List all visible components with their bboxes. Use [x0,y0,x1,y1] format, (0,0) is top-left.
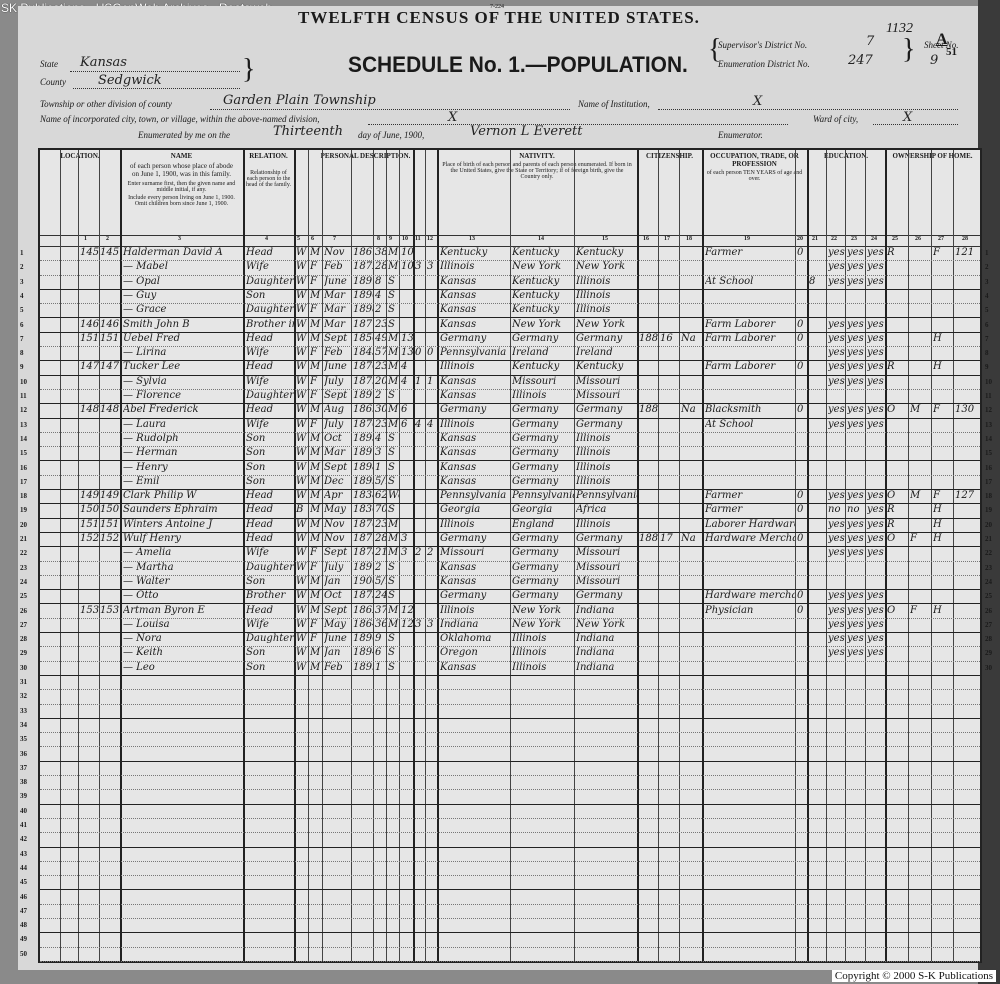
cell-sched: 121 [955,246,979,260]
cell-birth: Kansas [440,318,510,332]
row-number: 35 [20,735,27,743]
cell-fh [933,461,953,475]
column-number: 13 [469,236,475,242]
cell-own: O [887,489,908,503]
cell-nat: Na [681,332,702,346]
cell-month: Apr [324,489,351,503]
cell-race: W [296,275,308,289]
cell-imm [639,360,658,374]
cell-dwell [80,446,99,460]
cell-sched [955,275,979,289]
table-row [40,832,980,847]
cell-rel: Wife [246,546,294,560]
cell-ym [401,561,413,575]
cell-sex: M [310,604,322,618]
cell-dwell [80,375,99,389]
institution-line [658,109,958,110]
cell-dwell: 146 [80,318,99,332]
cell-cl: 1 [427,375,437,389]
column-number: 8 [377,236,380,242]
cell-birth: Missouri [440,546,510,560]
cell-mne [797,260,807,274]
cell-occ: Farmer [705,489,795,503]
row-number-right: 13 [985,421,992,429]
cell-dwell: 149 [80,489,99,503]
row-number: 29 [20,649,27,657]
cell-sex: F [310,260,322,274]
cell-sch [809,489,826,503]
cell-race: W [296,546,308,560]
cell-name: — Lirina [123,346,243,360]
cell-dwell: 151 [80,518,99,532]
cell-own [887,632,908,646]
cell-imm [639,475,658,489]
cell-write [847,661,865,675]
cell-yrs [660,446,679,460]
cell-fm [910,589,931,603]
cell-imm [639,289,658,303]
cell-mother: Illinois [576,275,637,289]
cell-mne [797,661,807,675]
cell-father: Germany [512,332,574,346]
cell-eng: yes [867,489,885,503]
cell-imm [639,618,658,632]
cell-write [847,561,865,575]
cell-eng [867,561,885,575]
cell-fam [100,275,120,289]
cell-mar: M [388,546,399,560]
cell-birth: Oklahoma [440,632,510,646]
cell-rel: Head [246,518,294,532]
cell-name: — Sylvia [123,375,243,389]
cell-mne [797,475,807,489]
cell-read: yes [828,360,845,374]
cell-fam: 149 [100,489,120,503]
table-row: — LouisaWifeWFMay186436M1233IndianaNew Y… [40,618,980,633]
cell-year: 1897 [353,389,373,403]
cell-mne: 0 [797,589,807,603]
cell-sched [955,561,979,575]
row-number: 49 [20,935,27,943]
cell-own [887,561,908,575]
cell-occ: Farm Laborer [705,332,795,346]
cell-mc [415,575,425,589]
cell-mar: M [388,375,399,389]
cell-mar: S [388,589,399,603]
cell-write: yes [847,275,865,289]
ed-value: 247 [848,53,873,68]
cell-year: 1871 [353,532,373,546]
row-number-right: 21 [985,535,992,543]
cell-sch: 8 [809,275,826,289]
cell-write: yes [847,489,865,503]
row-number: 36 [20,750,27,758]
cell-read: yes [828,403,845,417]
cell-name: — Emil [123,475,243,489]
cell-mne: 0 [797,604,807,618]
enumerator-value: Vernon L Everett [470,124,582,139]
cell-ym [401,303,413,317]
cell-mc [415,503,425,517]
cell-mar: S [388,289,399,303]
cell-own [887,275,908,289]
cell-ym [401,389,413,403]
cell-sch [809,518,826,532]
cell-eng: yes [867,618,885,632]
cell-fam [100,446,120,460]
cell-month: Sept [324,546,351,560]
table-row: — KeithSonWMJan18946SOregonIllinoisIndia… [40,646,980,661]
cell-sched [955,532,979,546]
cell-sex: M [310,646,322,660]
cell-nat [681,489,702,503]
cell-age: 23 [375,418,386,432]
cell-dwell [80,589,99,603]
row-number-right: 8 [985,349,989,357]
cell-mc [415,632,425,646]
cell-mc [415,289,425,303]
cell-yrs [660,432,679,446]
cell-imm [639,418,658,432]
cell-fm [910,618,931,632]
cell-nat [681,346,702,360]
cell-month: Nov [324,246,351,260]
cell-write [847,389,865,403]
row-number-right: 3 [985,278,989,286]
cell-cl [427,589,437,603]
cell-mar: M [388,418,399,432]
cell-cl: 2 [427,546,437,560]
cell-dwell [80,546,99,560]
cell-yrs [660,403,679,417]
cell-mc [415,303,425,317]
table-row [40,861,980,876]
cell-fh [933,303,953,317]
cell-mar: Wd [388,489,399,503]
brace-right-close: } [902,36,915,64]
institution-label: Name of Institution, [578,99,650,109]
row-number: 3 [20,278,24,286]
cell-write: yes [847,632,865,646]
cell-sched: 127 [955,489,979,503]
cell-write: yes [847,403,865,417]
cell-imm: 1882 [639,403,658,417]
cell-fm [910,303,931,317]
cell-write: yes [847,260,865,274]
cell-cl [427,632,437,646]
cell-sch [809,346,826,360]
cell-read [828,661,845,675]
cell-age: 2 [375,389,386,403]
cell-month: Mar [324,318,351,332]
cell-sched [955,503,979,517]
cell-cl: 0 [427,346,437,360]
table-row: 148148Abel FrederickHeadWMAug186930M6Ger… [40,403,980,418]
row-number: 17 [20,478,27,486]
cell-fm [910,246,931,260]
cell-month: Mar [324,289,351,303]
row-number: 9 [20,363,24,371]
cell-dwell [80,461,99,475]
cell-mar: S [388,303,399,317]
cell-cl [427,246,437,260]
cell-yrs [660,618,679,632]
cell-dwell: 152 [80,532,99,546]
row-number: 33 [20,707,27,715]
cell-race: W [296,360,308,374]
cell-mc [415,489,425,503]
cell-read: yes [828,489,845,503]
row-number-right: 6 [985,321,989,329]
cell-name: — Opal [123,275,243,289]
cell-rel: Head [246,503,294,517]
cell-fm [910,275,931,289]
cell-dwell [80,432,99,446]
cell-mne: 0 [797,532,807,546]
table-row: — LauraWifeWFJuly187623M644IllinoisGerma… [40,418,980,433]
row-number: 21 [20,535,27,543]
cell-sex: F [310,375,322,389]
cell-ym [401,475,413,489]
table-row: — LirinaWifeWFFeb184357M1300Pennsylvania… [40,346,980,361]
cell-yrs [660,360,679,374]
cell-eng: yes [867,589,885,603]
row-number: 23 [20,564,27,572]
cell-fm [910,632,931,646]
cell-imm [639,318,658,332]
cell-write: no [847,503,865,517]
cell-fam: 150 [100,503,120,517]
cell-nat [681,589,702,603]
cell-own: R [887,518,908,532]
cell-own [887,446,908,460]
cell-read [828,575,845,589]
cell-rel: Wife [246,260,294,274]
township-line [210,109,570,110]
cell-sch [809,475,826,489]
table-row [40,904,980,919]
cell-sched [955,375,979,389]
cell-dwell [80,346,99,360]
cell-cl [427,275,437,289]
cell-fam: 151 [100,518,120,532]
cell-mother: Germany [576,532,637,546]
cell-yrs [660,418,679,432]
cell-mother: Ireland [576,346,637,360]
cell-fh [933,389,953,403]
cell-read: no [828,503,845,517]
cell-read [828,561,845,575]
cell-mne: 0 [797,489,807,503]
cell-race: W [296,318,308,332]
table-row [40,689,980,704]
cell-sch [809,575,826,589]
cell-fh [933,632,953,646]
cell-name: — Laura [123,418,243,432]
cell-sch [809,360,826,374]
cell-age: 21 [375,546,386,560]
cell-mne [797,446,807,460]
cell-age: 5/12 [375,475,386,489]
cell-fam [100,346,120,360]
cell-sched [955,260,979,274]
cell-father: Missouri [512,375,574,389]
cell-mother: Germany [576,418,637,432]
cell-race: W [296,346,308,360]
cell-own: R [887,360,908,374]
cell-eng: yes [867,646,885,660]
cell-father: Illinois [512,646,574,660]
cell-mc: 1 [415,375,425,389]
row-number-right: 26 [985,607,992,615]
table-row: — AmeliaWifeWFSept187821M322MissouriGerm… [40,546,980,561]
table-row: 146146Smith John BBrother in LawWMMar187… [40,318,980,333]
enumerated-label: Enumerated by me on the [138,130,230,140]
cell-own: O [887,403,908,417]
cell-sched [955,360,979,374]
cell-nat [681,503,702,517]
cell-cl [427,360,437,374]
cell-father: Germany [512,475,574,489]
county-line [73,88,240,89]
cell-mar: S [388,646,399,660]
cell-sched [955,461,979,475]
row-number: 34 [20,721,27,729]
cell-year: 1878 [353,546,373,560]
cell-birth: Germany [440,403,510,417]
cell-ym: 12 [401,604,413,618]
cell-cl [427,503,437,517]
cell-race: W [296,246,308,260]
column-number: 9 [389,236,392,242]
table-row: 151151Uebel FredHeadWMSept185049M13Germa… [40,332,980,347]
cell-write: yes [847,418,865,432]
cell-sch [809,589,826,603]
cell-cl: 3 [427,618,437,632]
cell-race: W [296,375,308,389]
cell-name: — Otto [123,589,243,603]
cell-read: yes [828,532,845,546]
cell-cl [427,489,437,503]
cell-sex: M [310,289,322,303]
cell-sch [809,432,826,446]
cell-race: W [296,575,308,589]
cell-mne: 0 [797,403,807,417]
cell-month: Aug [324,403,351,417]
cell-sex: M [310,318,322,332]
row-number: 32 [20,692,27,700]
cell-write [847,575,865,589]
cell-eng [867,389,885,403]
cell-eng: yes [867,546,885,560]
table-row: — SylviaWifeWFJuly187920M411KansasMissou… [40,375,980,390]
cell-father: New York [512,604,574,618]
cell-age: 5/12 [375,575,386,589]
cell-fm: M [910,489,931,503]
cell-mc [415,646,425,660]
cell-eng: yes [867,418,885,432]
township-label: Township or other division of county [40,99,172,109]
row-number: 38 [20,778,27,786]
cell-fh [933,318,953,332]
cell-yrs [660,561,679,575]
header-education: EDUCATION. [807,150,886,235]
cell-own: R [887,503,908,517]
cell-imm [639,561,658,575]
cell-mother: Illinois [576,446,637,460]
cell-occ [705,446,795,460]
cell-mother: Africa [576,503,637,517]
cell-age: 23 [375,318,386,332]
row-number-right: 17 [985,478,992,486]
cell-year: 1843 [353,346,373,360]
cell-ym: 3 [401,546,413,560]
cell-sex: F [310,618,322,632]
ward-value: X [903,110,912,125]
column-number: 5 [297,236,300,242]
cell-year: 1861 [353,246,373,260]
column-number: 20 [797,236,803,242]
cell-rel: Son [246,432,294,446]
cell-mother: Missouri [576,389,637,403]
table-row [40,890,980,905]
cell-sch [809,618,826,632]
table-row [40,932,980,947]
cell-rel: Head [246,532,294,546]
cell-dwell [80,289,99,303]
table-row [40,804,980,819]
cell-mc [415,246,425,260]
cell-mne [797,303,807,317]
cell-occ [705,289,795,303]
cell-mc [415,461,425,475]
cell-sched [955,289,979,303]
cell-sex: F [310,275,322,289]
table-row [40,818,980,833]
cell-fh: F [933,403,953,417]
cell-dwell [80,303,99,317]
cell-fh [933,260,953,274]
cell-nat [681,632,702,646]
cell-mar: S [388,432,399,446]
cell-fm [910,546,931,560]
cell-write: yes [847,518,865,532]
cell-eng [867,575,885,589]
column-number: 28 [962,236,968,242]
cell-sched [955,575,979,589]
cell-mar: S [388,632,399,646]
cell-rel: Son [246,446,294,460]
cell-birth: Kansas [440,661,510,675]
cell-fam [100,661,120,675]
cell-fm [910,432,931,446]
row-number-right: 2 [985,263,989,271]
cell-name: Saunders Ephraim [123,503,243,517]
cell-read [828,432,845,446]
cell-father: Ireland [512,346,574,360]
cell-birth: Pennsylvania [440,346,510,360]
row-number-right: 22 [985,549,992,557]
cell-race: W [296,303,308,317]
cell-month: May [324,503,351,517]
row-number: 13 [20,421,27,429]
cell-yrs [660,275,679,289]
cell-cl [427,475,437,489]
cell-sch [809,246,826,260]
cell-mar: S [388,575,399,589]
header-relation: RELATION. Relationship of each person to… [243,150,295,235]
cell-sex: M [310,489,322,503]
